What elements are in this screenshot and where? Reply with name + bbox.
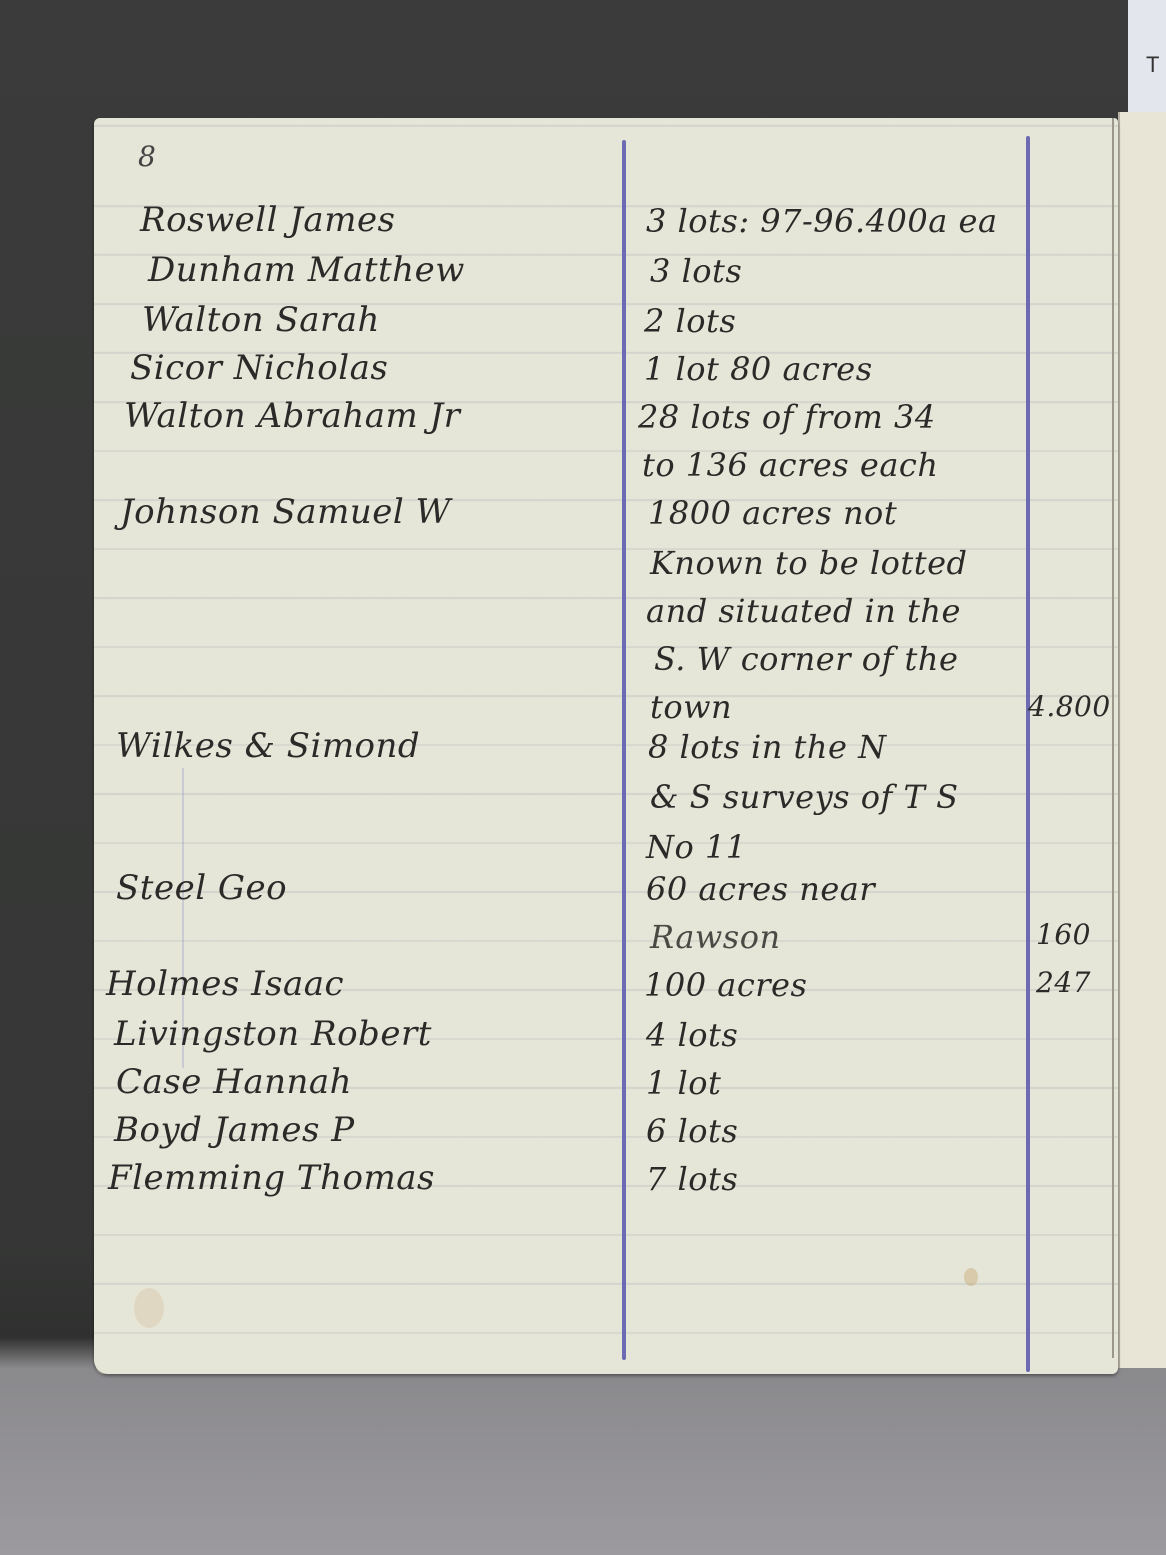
entry-description-line: 4 lots bbox=[646, 1016, 738, 1054]
corner-label-text: T bbox=[1146, 52, 1159, 78]
entry-description-line: S. W corner of the bbox=[654, 640, 958, 678]
entry-amount: 4.800 bbox=[1028, 690, 1111, 723]
entry-description-line: 7 lots bbox=[646, 1160, 738, 1198]
entry-name: Walton Sarah bbox=[142, 300, 380, 340]
entry-description-line: and situated in the bbox=[646, 592, 961, 630]
corner-stain bbox=[134, 1288, 164, 1328]
entry-name: Boyd James P bbox=[114, 1110, 355, 1150]
entry-description-line: 100 acres bbox=[644, 966, 807, 1004]
entry-name: Wilkes & Simond bbox=[116, 726, 420, 766]
entry-name: Dunham Matthew bbox=[148, 250, 465, 290]
entry-description-line: to 136 acres each bbox=[642, 446, 938, 484]
column-rule-right bbox=[1026, 136, 1030, 1372]
ledger-page: 8 Roswell James 3 lots: 97-96.400a ea Du… bbox=[94, 118, 1118, 1374]
entry-name: Walton Abraham Jr bbox=[124, 396, 460, 436]
entry-description-line: Rawson bbox=[650, 918, 781, 956]
page-number: 8 bbox=[138, 140, 156, 173]
entry-name: Holmes Isaac bbox=[106, 964, 344, 1004]
entry-description-line: 8 lots in the N bbox=[648, 728, 887, 766]
corner-label-card: T bbox=[1128, 0, 1166, 112]
entry-name: Case Hannah bbox=[116, 1062, 352, 1102]
facing-page-edge bbox=[1118, 112, 1166, 1368]
entry-description-line: No 11 bbox=[646, 828, 747, 866]
entry-name: Steel Geo bbox=[116, 868, 287, 908]
entry-description-line: 1800 acres not bbox=[648, 494, 897, 532]
entry-description-line: 28 lots of from 34 bbox=[638, 398, 936, 436]
entry-description-line: 3 lots: 97-96.400a ea bbox=[646, 202, 998, 240]
ink-stain bbox=[964, 1268, 978, 1286]
entry-amount: 160 bbox=[1036, 918, 1091, 951]
entry-name: Flemming Thomas bbox=[108, 1158, 435, 1198]
entry-description-line: 1 lot bbox=[646, 1064, 721, 1102]
entry-name: Johnson Samuel W bbox=[120, 492, 451, 532]
entry-description-line: Known to be lotted bbox=[650, 544, 967, 582]
column-rule-left bbox=[622, 140, 626, 1360]
entry-description-line: town bbox=[650, 688, 732, 726]
entry-description-line: & S surveys of T S bbox=[650, 778, 958, 816]
entry-name: Sicor Nicholas bbox=[130, 348, 388, 388]
entry-description-line: 6 lots bbox=[646, 1112, 738, 1150]
entry-name: Roswell James bbox=[140, 200, 396, 240]
entry-description-line: 60 acres near bbox=[646, 870, 875, 908]
entry-description-line: 1 lot 80 acres bbox=[644, 350, 873, 388]
entry-name: Livingston Robert bbox=[114, 1014, 432, 1054]
entry-description-line: 2 lots bbox=[644, 302, 736, 340]
entry-description-line: 3 lots bbox=[650, 252, 742, 290]
entry-amount: 247 bbox=[1036, 966, 1091, 999]
spine-crease bbox=[1112, 118, 1114, 1358]
